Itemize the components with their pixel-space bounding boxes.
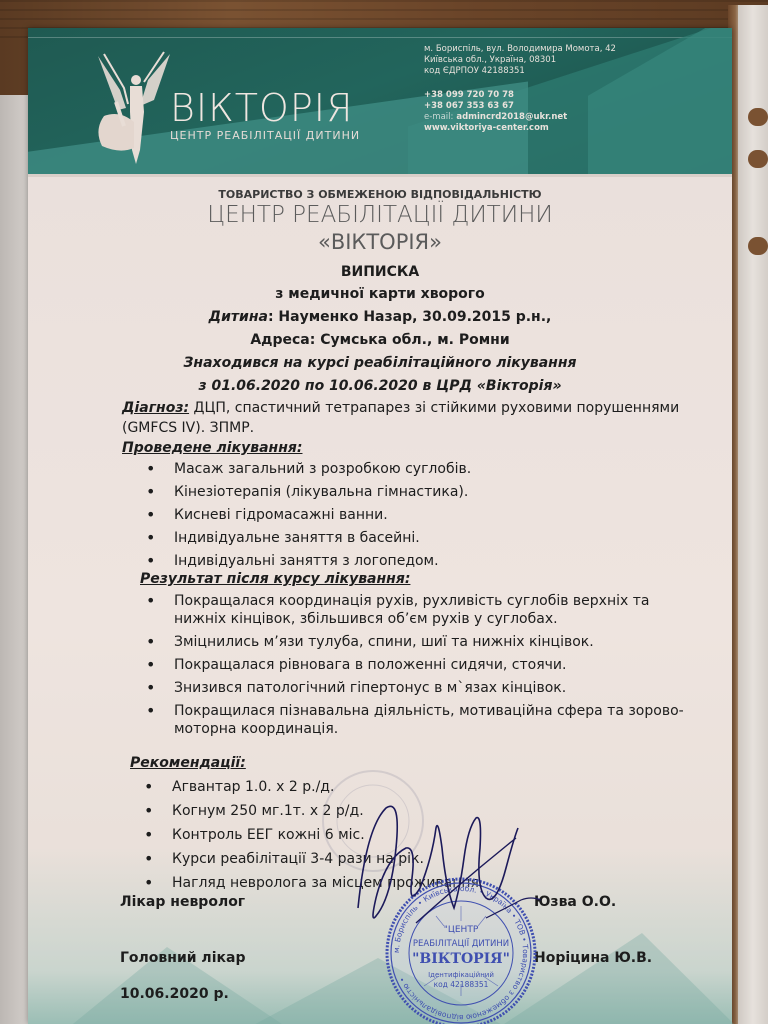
recommendations-section-heading: Рекомендації:	[130, 755, 246, 771]
organization-brand: «ВІКТОРІЯ»	[28, 230, 732, 254]
diagnosis-label: Діагноз:	[122, 400, 189, 416]
result-item: Покращалася рівновага в положенні сидячи…	[146, 656, 706, 674]
plastic-sleeve-binding	[738, 5, 768, 1024]
email-address: admincrd2018@ukr.net	[456, 112, 567, 122]
treatment-section-heading: Проведене лікування:	[122, 440, 302, 456]
result-item: Покращалася координація рухів, рухливіст…	[146, 592, 706, 628]
stamp-text-mid: РЕАБІЛІТАЦІЇ ДИТИНИ	[413, 938, 509, 949]
results-list: Покращалася координація рухів, рухливіст…	[146, 592, 706, 738]
logo-wordmark: ВІКТОРІЯ	[170, 86, 353, 130]
winged-victory-logo-icon	[90, 50, 174, 170]
medical-discharge-document: ВІКТОРІЯ ЦЕНТР РЕАБІЛІТАЦІЇ ДИТИНИ м. Бо…	[28, 28, 732, 1024]
treatment-item: Індивідуальне заняття в басейні.	[146, 529, 706, 547]
stamp-text-brand: "ВІКТОРІЯ"	[412, 951, 510, 967]
address-line: м. Бориспіль, вул. Володимира Момота, 42	[424, 44, 616, 55]
diagnosis-text: ДЦП, спастичний тетрапарез зі стійкими р…	[194, 400, 680, 416]
phone-number: +38 099 720 70 78	[424, 90, 616, 101]
document-subtitle: з медичної карти хворого	[28, 286, 732, 302]
phone-number: +38 067 353 63 67	[424, 101, 616, 112]
treatment-list: Масаж загальний з розробкою суглобів. Кі…	[146, 460, 706, 570]
address-line: Київська обл., Україна, 08301	[424, 55, 616, 66]
treatment-item: Індивідуальні заняття з логопедом.	[146, 552, 706, 570]
result-item: Покращилася пізнавальна діяльність, моти…	[146, 702, 706, 738]
email-label: e-mail:	[424, 112, 453, 122]
email-line: e-mail: admincrd2018@ukr.net	[424, 112, 616, 123]
binder-hole	[748, 108, 768, 126]
document-title: ВИПИСКА	[28, 264, 732, 280]
binder-hole	[748, 237, 768, 255]
result-item: Знизився патологічний гіпертонус в м`яза…	[146, 679, 706, 697]
neurologist-label: Лікар невролог	[120, 894, 245, 910]
patient-label: Дитина	[209, 309, 268, 325]
organization-name: ЦЕНТР РЕАБІЛІТАЦІЇ ДИТИНИ	[28, 202, 732, 228]
edrpou-code: код ЄДРПОУ 42188351	[424, 66, 616, 77]
website-url: www.viktoriya-center.com	[424, 123, 616, 134]
patient-line: Дитина: Науменко Назар, 30.09.2015 р.н.,	[28, 309, 732, 325]
diagnosis-text-continued: (GMFCS IV). ЗПМР.	[122, 420, 254, 436]
stamp-id-code: код 42188351	[434, 980, 489, 989]
treatment-item: Масаж загальний з розробкою суглобів.	[146, 460, 706, 478]
document-date: 10.06.2020 р.	[120, 986, 229, 1002]
patient-value: : Науменко Назар, 30.09.2015 р.н.,	[268, 309, 551, 325]
signature-icon	[346, 788, 566, 938]
result-item: Зміцнились м’язи тулуба, спини, шиї та н…	[146, 633, 706, 651]
binder-hole	[748, 150, 768, 168]
diagnosis-line: Діагноз: ДЦП, спастичний тетрапарез зі с…	[122, 400, 679, 416]
legal-form: ТОВАРИСТВО З ОБМЕЖЕНОЮ ВІДПОВІДАЛЬНІСТЮ	[28, 188, 732, 201]
letterhead-banner: ВІКТОРІЯ ЦЕНТР РЕАБІЛІТАЦІЇ ДИТИНИ м. Бо…	[28, 28, 732, 176]
treatment-period-line: з 01.06.2020 по 10.06.2020 в ЦРД «Віктор…	[28, 378, 732, 394]
contact-block: м. Бориспіль, вул. Володимира Момота, 42…	[424, 44, 616, 134]
header-divider	[28, 174, 732, 177]
results-section-heading: Результат після курсу лікування:	[140, 571, 410, 587]
chief-doctor-label: Головний лікар	[120, 950, 245, 966]
treatment-item: Кінезіотерапія (лікувальна гімнастика).	[146, 483, 706, 501]
chief-doctor-name: Норіцина Ю.В.	[534, 950, 652, 966]
treatment-stay-line: Знаходився на курсі реабілітаційного лік…	[28, 355, 732, 371]
stamp-id-label: Ідентифікаційний	[428, 971, 494, 979]
patient-address: Адреса: Сумська обл., м. Ромни	[28, 332, 732, 348]
logo-subtitle: ЦЕНТР РЕАБІЛІТАЦІЇ ДИТИНИ	[170, 129, 360, 142]
treatment-item: Кисневі гідромасажні ванни.	[146, 506, 706, 524]
